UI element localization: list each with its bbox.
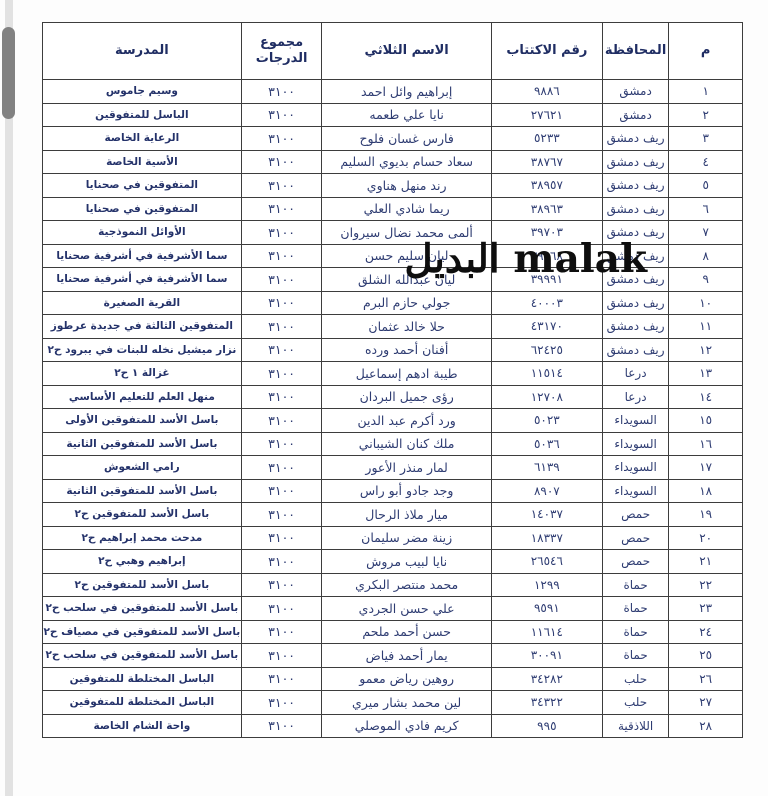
- cell-school: باسل الأسد للمتفوقين ح٢: [43, 573, 242, 597]
- cell-reg_no: ٩٥٩١: [491, 597, 602, 621]
- cell-governorate: اللاذقية: [602, 714, 669, 738]
- cell-total: ٣١٠٠: [241, 597, 322, 621]
- cell-reg_no: ١٤٠٣٧: [491, 503, 602, 527]
- cell-name: نايا علي طعمه: [322, 103, 491, 127]
- table-row: ١٨السويداء٨٩٠٧وجد جادو أبو راس٣١٠٠باسل ا…: [43, 479, 743, 503]
- table-row: ٢٤حماة١١٦١٤حسن أحمد ملحم٣١٠٠باسل الأسد ل…: [43, 620, 743, 644]
- cell-reg_no: ١١٦١٤: [491, 620, 602, 644]
- cell-governorate: ريف دمشق: [602, 127, 669, 151]
- cell-school: سما الأشرفية في أشرفية صحنايا: [43, 268, 242, 292]
- cell-name: علي حسن الجردي: [322, 597, 491, 621]
- cell-name: سعاد حسام بديوي السليم: [322, 150, 491, 174]
- cell-total: ٣١٠٠: [241, 714, 322, 738]
- cell-name: ليان عبدالله الشلق: [322, 268, 491, 292]
- column-header-name: الاسم الثلاثي: [322, 23, 491, 80]
- table-row: ٢٦حلب٣٤٢٨٢روهين رياض معمو٣١٠٠الباسل المخ…: [43, 667, 743, 691]
- cell-no: ٢٠: [669, 526, 743, 550]
- cell-governorate: حلب: [602, 691, 669, 715]
- cell-total: ٣١٠٠: [241, 620, 322, 644]
- column-header-serial: م: [669, 23, 743, 80]
- table-row: ١دمشق٩٨٨٦إبراهيم وائل احمد٣١٠٠وسيم جاموس: [43, 80, 743, 104]
- cell-no: ١٤: [669, 385, 743, 409]
- cell-governorate: درعا: [602, 362, 669, 386]
- cell-no: ١٣: [669, 362, 743, 386]
- cell-total: ٣١٠٠: [241, 221, 322, 245]
- cell-total: ٣١٠٠: [241, 479, 322, 503]
- cell-name: ريما شادي العلي: [322, 197, 491, 221]
- cell-reg_no: ٥٠٣٦: [491, 432, 602, 456]
- cell-governorate: ريف دمشق: [602, 244, 669, 268]
- cell-name: رند منهل هناوي: [322, 174, 491, 198]
- results-table: م المحافظة رقم الاكتتاب الاسم الثلاثي مج…: [42, 22, 743, 738]
- table-row: ٥ريف دمشق٣٨٩٥٧رند منهل هناوي٣١٠٠المتفوقي…: [43, 174, 743, 198]
- cell-school: باسل الأسد للمتفوقين ح٢: [43, 503, 242, 527]
- cell-school: الأسية الخاصة: [43, 150, 242, 174]
- cell-reg_no: ٣٤٣٢٢: [491, 691, 602, 715]
- cell-total: ٣١٠٠: [241, 644, 322, 668]
- cell-governorate: ريف دمشق: [602, 268, 669, 292]
- cell-no: ٥: [669, 174, 743, 198]
- cell-governorate: حماة: [602, 644, 669, 668]
- cell-name: ورد أكرم عبد الدين: [322, 409, 491, 433]
- cell-name: فارس غسان فلوح: [322, 127, 491, 151]
- cell-school: الباسل المختلطة للمتفوقين: [43, 691, 242, 715]
- cell-total: ٣١٠٠: [241, 503, 322, 527]
- cell-reg_no: ٦١٣٩: [491, 456, 602, 480]
- cell-school: الباسل للمتفوقين: [43, 103, 242, 127]
- cell-name: ألمى محمد نضال سيروان: [322, 221, 491, 245]
- cell-reg_no: ٨٩٠٧: [491, 479, 602, 503]
- cell-governorate: حمص: [602, 503, 669, 527]
- cell-name: جولي حازم البرم: [322, 291, 491, 315]
- table-row: ١١ريف دمشق٤٣١٧٠حلا خالد عثمان٣١٠٠المتفوق…: [43, 315, 743, 339]
- cell-no: ٢٨: [669, 714, 743, 738]
- cell-school: باسل الأسد للمتفوقين الثانية: [43, 432, 242, 456]
- table-row: ٢٠حمص١٨٣٣٧زينة مضر سليمان٣١٠٠مدحت محمد إ…: [43, 526, 743, 550]
- cell-no: ٨: [669, 244, 743, 268]
- cell-reg_no: ١٢٧٠٨: [491, 385, 602, 409]
- table-row: ١٥السويداء٥٠٢٣ورد أكرم عبد الدين٣١٠٠باسل…: [43, 409, 743, 433]
- cell-total: ٣١٠٠: [241, 127, 322, 151]
- cell-governorate: حماة: [602, 597, 669, 621]
- cell-no: ٢١: [669, 550, 743, 574]
- cell-total: ٣١٠٠: [241, 268, 322, 292]
- cell-total: ٣١٠٠: [241, 667, 322, 691]
- cell-no: ٢٢: [669, 573, 743, 597]
- cell-school: رامي الشعوش: [43, 456, 242, 480]
- cell-name: لمار منذر الأعور: [322, 456, 491, 480]
- cell-no: ١٩: [669, 503, 743, 527]
- cell-reg_no: ٢٦٥٤٦: [491, 550, 602, 574]
- cell-governorate: حمص: [602, 550, 669, 574]
- cell-governorate: درعا: [602, 385, 669, 409]
- cell-name: كريم فادي الموصلي: [322, 714, 491, 738]
- cell-no: ٢٤: [669, 620, 743, 644]
- cell-governorate: حماة: [602, 620, 669, 644]
- table-row: ٢٥حماة٣٠٠٩١يمار أحمد فياض٣١٠٠باسل الأسد …: [43, 644, 743, 668]
- table-row: ٨ريف دمشق٣٩٩٦٨ليان سليم حسن٣١٠٠سما الأشر…: [43, 244, 743, 268]
- cell-total: ٣١٠٠: [241, 80, 322, 104]
- cell-school: المتفوقين في صحنايا: [43, 197, 242, 221]
- cell-total: ٣١٠٠: [241, 362, 322, 386]
- scrollbar-track[interactable]: [5, 0, 13, 796]
- cell-school: نزار ميشيل نخله للبنات في يبرود ح٢: [43, 338, 242, 362]
- cell-total: ٣١٠٠: [241, 150, 322, 174]
- cell-total: ٣١٠٠: [241, 244, 322, 268]
- cell-no: ٦: [669, 197, 743, 221]
- cell-name: أفنان أحمد ورده: [322, 338, 491, 362]
- cell-school: باسل الأسد للمتفوقين في سلحب ح٢: [43, 597, 242, 621]
- table-row: ٦ريف دمشق٣٨٩٦٣ريما شادي العلي٣١٠٠المتفوق…: [43, 197, 743, 221]
- cell-reg_no: ٤٠٠٠٣: [491, 291, 602, 315]
- cell-school: باسل الأسد للمتفوقين في مصياف ح٢: [43, 620, 242, 644]
- cell-no: ٢٣: [669, 597, 743, 621]
- results-screenshot-page: { "watermark": { "text": "malak البديل",…: [0, 0, 768, 796]
- cell-total: ٣١٠٠: [241, 432, 322, 456]
- cell-reg_no: ٣٤٢٨٢: [491, 667, 602, 691]
- cell-name: ميار ملاذ الرحال: [322, 503, 491, 527]
- cell-reg_no: ٩٨٨٦: [491, 80, 602, 104]
- cell-governorate: السويداء: [602, 432, 669, 456]
- cell-total: ٣١٠٠: [241, 550, 322, 574]
- cell-no: ٣: [669, 127, 743, 151]
- table-row: ٢٣حماة٩٥٩١علي حسن الجردي٣١٠٠باسل الأسد ل…: [43, 597, 743, 621]
- table-row: ٤ريف دمشق٣٨٧٦٧سعاد حسام بديوي السليم٣١٠٠…: [43, 150, 743, 174]
- cell-school: الأوائل النموذجية: [43, 221, 242, 245]
- cell-name: نايا لبيب مروش: [322, 550, 491, 574]
- cell-reg_no: ٥٠٢٣: [491, 409, 602, 433]
- cell-name: زينة مضر سليمان: [322, 526, 491, 550]
- cell-reg_no: ٣٨٧٦٧: [491, 150, 602, 174]
- cell-name: إبراهيم وائل احمد: [322, 80, 491, 104]
- cell-reg_no: ٣٠٠٩١: [491, 644, 602, 668]
- table-row: ١٠ريف دمشق٤٠٠٠٣جولي حازم البرم٣١٠٠القرية…: [43, 291, 743, 315]
- cell-governorate: حلب: [602, 667, 669, 691]
- cell-school: غزالة ١ ح٢: [43, 362, 242, 386]
- column-header-governorate: المحافظة: [602, 23, 669, 80]
- cell-governorate: ريف دمشق: [602, 197, 669, 221]
- cell-no: ٢: [669, 103, 743, 127]
- column-header-registration: رقم الاكتتاب: [491, 23, 602, 80]
- cell-reg_no: ٣٩٧٠٣: [491, 221, 602, 245]
- cell-total: ٣١٠٠: [241, 338, 322, 362]
- scrollbar-thumb[interactable]: [2, 27, 15, 119]
- cell-no: ٤: [669, 150, 743, 174]
- cell-name: حلا خالد عثمان: [322, 315, 491, 339]
- cell-reg_no: ٦٢٤٢٥: [491, 338, 602, 362]
- table-body: ١دمشق٩٨٨٦إبراهيم وائل احمد٣١٠٠وسيم جاموس…: [43, 80, 743, 738]
- table-header-row: م المحافظة رقم الاكتتاب الاسم الثلاثي مج…: [43, 23, 743, 80]
- cell-governorate: حمص: [602, 526, 669, 550]
- cell-school: مدحت محمد إبراهيم ح٢: [43, 526, 242, 550]
- cell-total: ٣١٠٠: [241, 385, 322, 409]
- cell-name: وجد جادو أبو راس: [322, 479, 491, 503]
- cell-name: ليان سليم حسن: [322, 244, 491, 268]
- table-row: ١٩حمص١٤٠٣٧ميار ملاذ الرحال٣١٠٠باسل الأسد…: [43, 503, 743, 527]
- cell-total: ٣١٠٠: [241, 409, 322, 433]
- cell-reg_no: ١٨٣٣٧: [491, 526, 602, 550]
- table-row: ٢٢حماة١٢٩٩محمد منتصر البكري٣١٠٠باسل الأس…: [43, 573, 743, 597]
- table-row: ١٧السويداء٦١٣٩لمار منذر الأعور٣١٠٠رامي ا…: [43, 456, 743, 480]
- cell-no: ١٠: [669, 291, 743, 315]
- cell-school: المتفوقين في صحنايا: [43, 174, 242, 198]
- cell-governorate: ريف دمشق: [602, 291, 669, 315]
- cell-name: يمار أحمد فياض: [322, 644, 491, 668]
- table-header: م المحافظة رقم الاكتتاب الاسم الثلاثي مج…: [43, 23, 743, 80]
- cell-name: روهين رياض معمو: [322, 667, 491, 691]
- table-row: ٢دمشق٢٧٦٢١نايا علي طعمه٣١٠٠الباسل للمتفو…: [43, 103, 743, 127]
- cell-reg_no: ٣٩٩٩١: [491, 268, 602, 292]
- cell-no: ١٦: [669, 432, 743, 456]
- cell-reg_no: ٣٨٩٥٧: [491, 174, 602, 198]
- cell-total: ٣١٠٠: [241, 103, 322, 127]
- cell-no: ٢٥: [669, 644, 743, 668]
- cell-no: ١٥: [669, 409, 743, 433]
- cell-no: ٧: [669, 221, 743, 245]
- table-row: ٩ريف دمشق٣٩٩٩١ليان عبدالله الشلق٣١٠٠سما …: [43, 268, 743, 292]
- cell-no: ١٢: [669, 338, 743, 362]
- cell-no: ١: [669, 80, 743, 104]
- table-row: ٢٧حلب٣٤٣٢٢لين محمد بشار ميري٣١٠٠الباسل ا…: [43, 691, 743, 715]
- cell-school: منهل العلم للتعليم الأساسي: [43, 385, 242, 409]
- cell-governorate: السويداء: [602, 409, 669, 433]
- cell-reg_no: ٩٩٥: [491, 714, 602, 738]
- cell-school: واحة الشام الخاصة: [43, 714, 242, 738]
- cell-school: القرية الصغيرة: [43, 291, 242, 315]
- cell-total: ٣١٠٠: [241, 456, 322, 480]
- table-row: ٣ريف دمشق٥٢٣٣فارس غسان فلوح٣١٠٠الرعاية ا…: [43, 127, 743, 151]
- cell-school: الرعاية الخاصة: [43, 127, 242, 151]
- table-row: ١٣درعا١١٥١٤طيبة ادهم إسماعيل٣١٠٠غزالة ١ …: [43, 362, 743, 386]
- cell-no: ٢٧: [669, 691, 743, 715]
- column-header-school: المدرسة: [43, 23, 242, 80]
- cell-reg_no: ١١٥١٤: [491, 362, 602, 386]
- cell-name: لين محمد بشار ميري: [322, 691, 491, 715]
- cell-name: محمد منتصر البكري: [322, 573, 491, 597]
- cell-name: رؤى جميل البردان: [322, 385, 491, 409]
- cell-total: ٣١٠٠: [241, 174, 322, 198]
- table-row: ١٤درعا١٢٧٠٨رؤى جميل البردان٣١٠٠منهل العل…: [43, 385, 743, 409]
- cell-school: باسل الأسد للمتفوقين في سلحب ح٢: [43, 644, 242, 668]
- cell-school: الباسل المختلطة للمتفوقين: [43, 667, 242, 691]
- cell-total: ٣١٠٠: [241, 573, 322, 597]
- cell-name: حسن أحمد ملحم: [322, 620, 491, 644]
- cell-school: باسل الأسد للمتفوقين الثانية: [43, 479, 242, 503]
- cell-governorate: ريف دمشق: [602, 315, 669, 339]
- cell-school: وسيم جاموس: [43, 80, 242, 104]
- table-row: ١٦السويداء٥٠٣٦ملك كنان الشيباني٣١٠٠باسل …: [43, 432, 743, 456]
- cell-governorate: ريف دمشق: [602, 174, 669, 198]
- cell-name: طيبة ادهم إسماعيل: [322, 362, 491, 386]
- cell-governorate: دمشق: [602, 103, 669, 127]
- cell-governorate: السويداء: [602, 479, 669, 503]
- column-header-total: مجموع الدرجات: [241, 23, 322, 80]
- cell-reg_no: ٣٩٩٦٨: [491, 244, 602, 268]
- cell-reg_no: ٥٢٣٣: [491, 127, 602, 151]
- cell-total: ٣١٠٠: [241, 291, 322, 315]
- cell-name: ملك كنان الشيباني: [322, 432, 491, 456]
- cell-governorate: دمشق: [602, 80, 669, 104]
- cell-total: ٣١٠٠: [241, 315, 322, 339]
- cell-no: ١٨: [669, 479, 743, 503]
- cell-governorate: ريف دمشق: [602, 221, 669, 245]
- cell-school: المتفوقين الثالثة في جديدة عرطوز: [43, 315, 242, 339]
- table-row: ٢١حمص٢٦٥٤٦نايا لبيب مروش٣١٠٠إبراهيم وهبي…: [43, 550, 743, 574]
- cell-total: ٣١٠٠: [241, 197, 322, 221]
- cell-school: باسل الأسد للمتفوقين الأولى: [43, 409, 242, 433]
- cell-governorate: حماة: [602, 573, 669, 597]
- cell-school: إبراهيم وهبي ح٢: [43, 550, 242, 574]
- cell-reg_no: ٢٧٦٢١: [491, 103, 602, 127]
- cell-no: ١١: [669, 315, 743, 339]
- cell-total: ٣١٠٠: [241, 526, 322, 550]
- cell-reg_no: ٤٣١٧٠: [491, 315, 602, 339]
- table-row: ٢٨اللاذقية٩٩٥كريم فادي الموصلي٣١٠٠واحة ا…: [43, 714, 743, 738]
- cell-governorate: السويداء: [602, 456, 669, 480]
- cell-reg_no: ٣٨٩٦٣: [491, 197, 602, 221]
- cell-school: سما الأشرفية في أشرفية صحنايا: [43, 244, 242, 268]
- table-row: ١٢ريف دمشق٦٢٤٢٥أفنان أحمد ورده٣١٠٠نزار م…: [43, 338, 743, 362]
- cell-total: ٣١٠٠: [241, 691, 322, 715]
- cell-no: ٩: [669, 268, 743, 292]
- table-row: ٧ريف دمشق٣٩٧٠٣ألمى محمد نضال سيروان٣١٠٠ا…: [43, 221, 743, 245]
- cell-governorate: ريف دمشق: [602, 338, 669, 362]
- cell-reg_no: ١٢٩٩: [491, 573, 602, 597]
- cell-no: ٢٦: [669, 667, 743, 691]
- cell-no: ١٧: [669, 456, 743, 480]
- cell-governorate: ريف دمشق: [602, 150, 669, 174]
